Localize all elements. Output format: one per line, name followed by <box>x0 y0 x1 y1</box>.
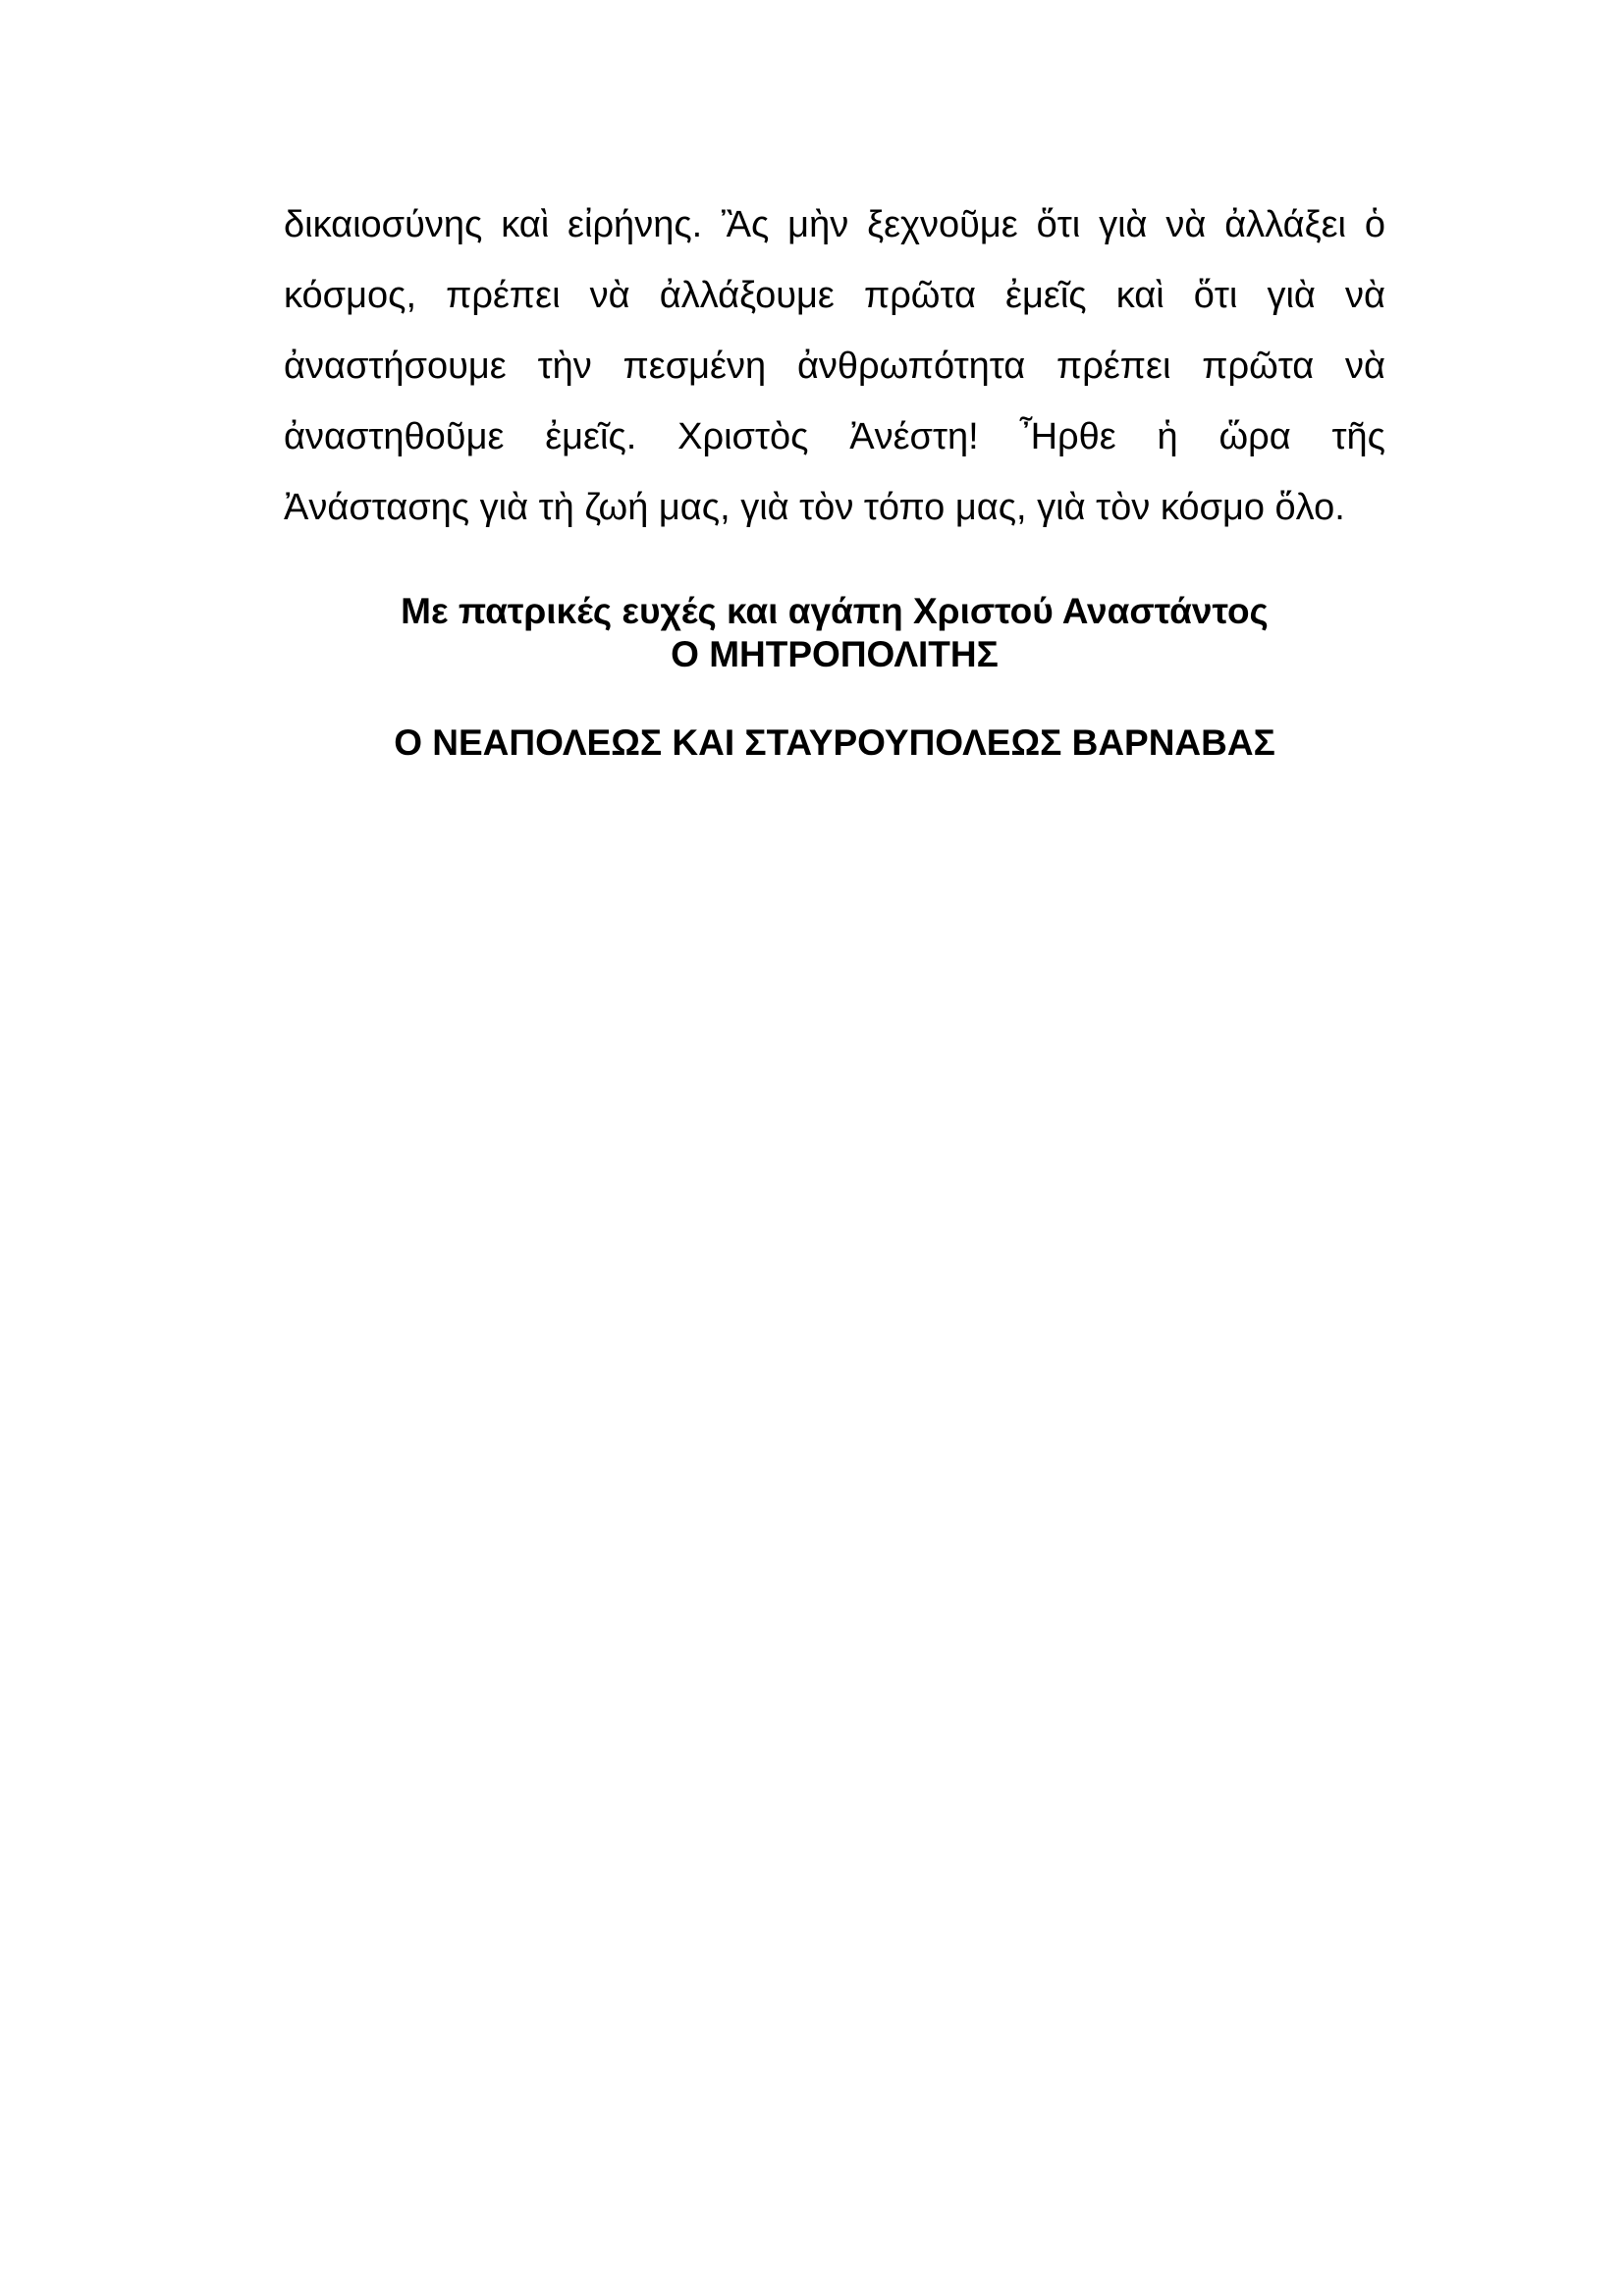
paragraph-line: Ἀνάστασης γιὰ τὴ ζωή μας, γιὰ τὸν τόπο μ… <box>284 472 1385 543</box>
paragraph-line: ἀναστηθοῦμε ἐμεῖς. Χριστὸς Ἀνέστη! Ἦρθε … <box>284 401 1385 472</box>
document-page: δικαιοσύνης καὶ εἰρήνης. Ἂς μὴν ξεχνοῦμε… <box>0 0 1624 2296</box>
signatory-name: Ο ΝΕΑΠΟΛΕΩΣ ΚΑΙ ΣΤΑΥΡΟΥΠΟΛΕΩΣ ΒΑΡΝΑΒΑΣ <box>284 721 1385 765</box>
closing-greeting: Με πατρικές ευχές και αγάπη Χριστού Ανασ… <box>284 590 1385 633</box>
paragraph-line: ἀναστήσουμε τὴν πεσμένη ἀνθρωπότητα πρέπ… <box>284 331 1385 401</box>
paragraph-line: κόσμος, πρέπει νὰ ἀλλάξουμε πρῶτα ἐμεῖς … <box>284 260 1385 331</box>
body-paragraph: δικαιοσύνης καὶ εἰρήνης. Ἂς μὴν ξεχνοῦμε… <box>284 189 1385 543</box>
signatory-title: Ο ΜΗΤΡΟΠΟΛΙΤΗΣ <box>284 633 1385 676</box>
paragraph-line: δικαιοσύνης καὶ εἰρήνης. Ἂς μὴν ξεχνοῦμε… <box>284 189 1385 260</box>
